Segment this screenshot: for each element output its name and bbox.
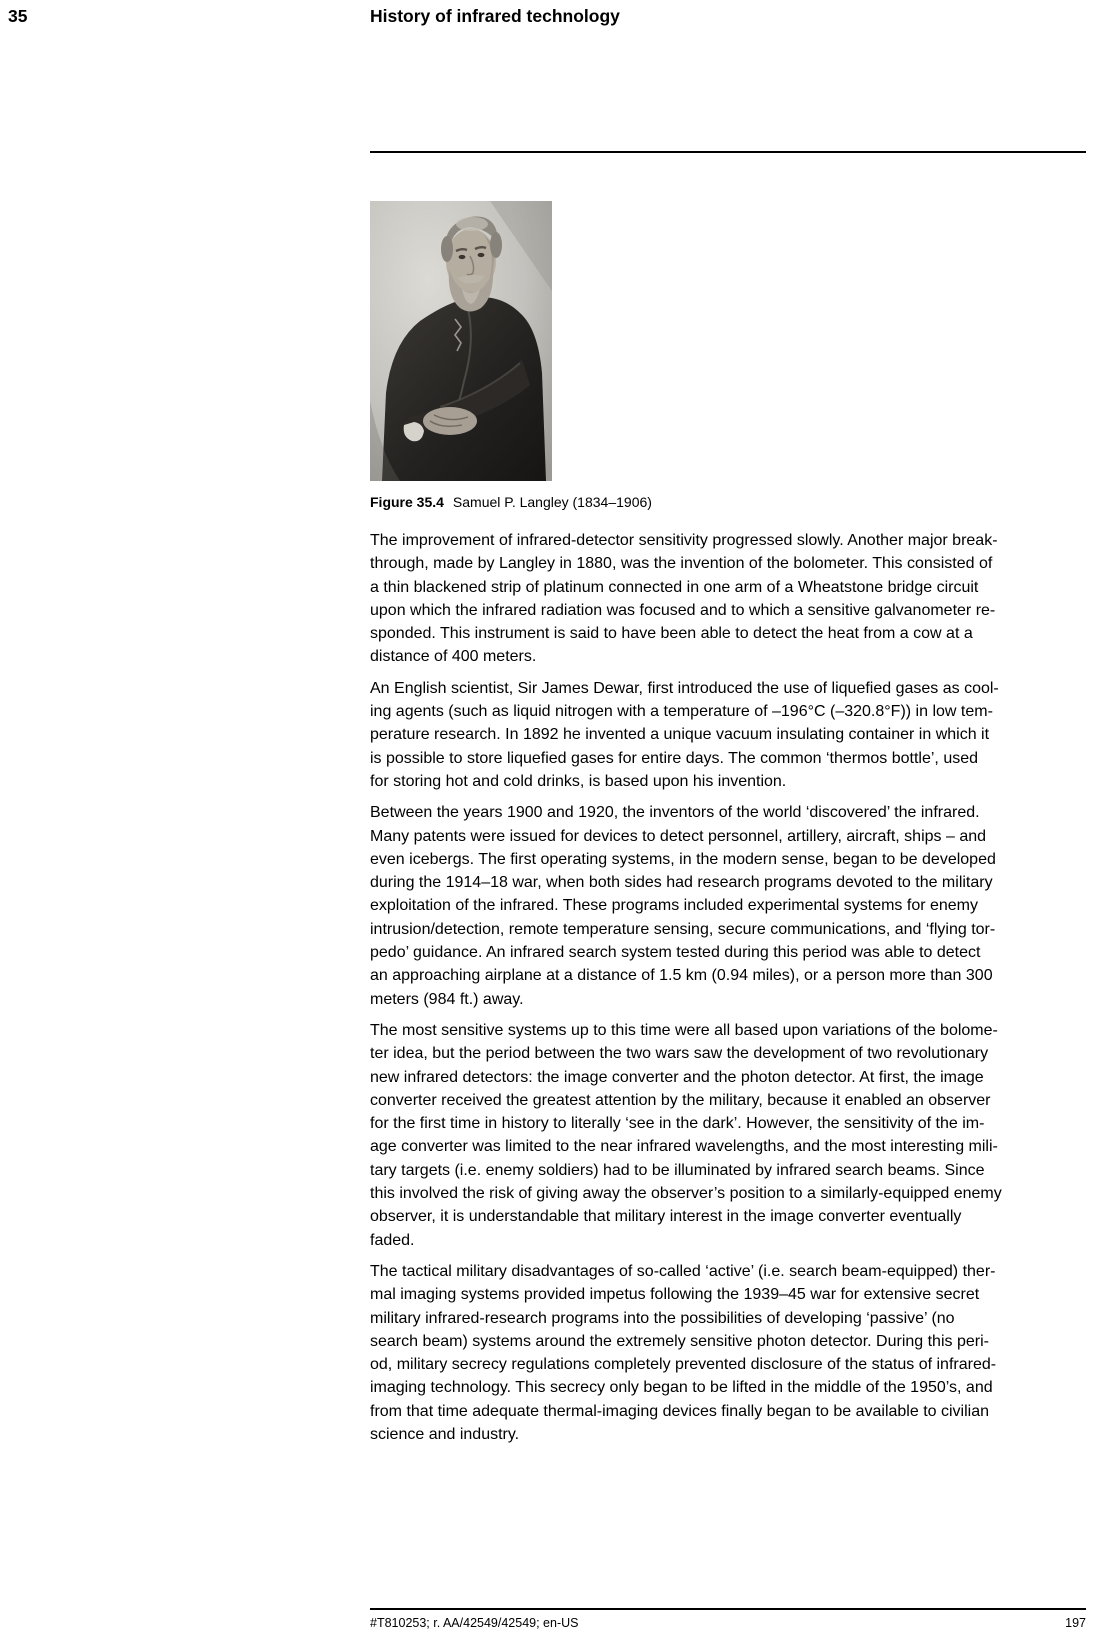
- body-paragraph-3: Between the years 1900 and 1920, the inv…: [370, 801, 1095, 1011]
- figure-caption-row: Figure 35.4Samuel P. Langley (1834–1906): [370, 492, 1086, 512]
- body-text: The improvement of infrared-detector sen…: [370, 529, 1095, 1454]
- figure-image: [370, 201, 552, 481]
- footer-rule: [370, 1608, 1086, 1610]
- page-title: History of infrared technology: [370, 4, 620, 28]
- chapter-number: 35: [8, 4, 27, 28]
- footer-doc-id: #T810253; r. AA/42549/42549; en-US: [370, 1615, 579, 1632]
- figure-label: Figure 35.4: [370, 494, 444, 510]
- body-paragraph-4: The most sensitive systems up to this ti…: [370, 1019, 1095, 1252]
- body-paragraph-2: An English scientist, Sir James Dewar, f…: [370, 677, 1095, 793]
- header-rule: [370, 151, 1086, 153]
- body-paragraph-1: The improvement of infrared-detector sen…: [370, 529, 1095, 669]
- body-paragraph-5: The tactical military disadvantages of s…: [370, 1260, 1095, 1446]
- document-page: 35 History of infrared technology: [0, 0, 1095, 1635]
- footer-page-number: 197: [1065, 1615, 1086, 1632]
- footer: #T810253; r. AA/42549/42549; en-US 197: [370, 1615, 1086, 1632]
- figure-caption-text: Samuel P. Langley (1834–1906): [453, 494, 652, 510]
- langley-portrait-photo: [370, 201, 552, 481]
